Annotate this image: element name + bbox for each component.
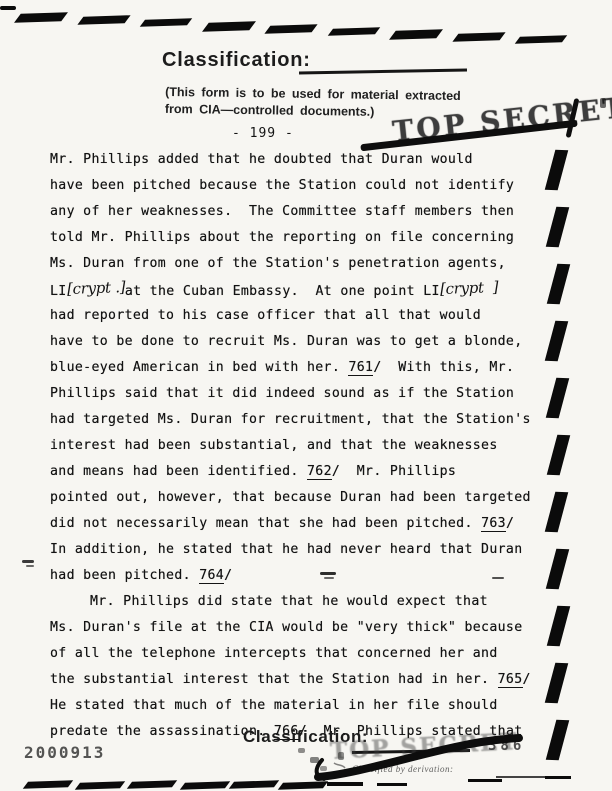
smudge-artifact	[320, 572, 336, 575]
body-text-segment: Phillips said that it did indeed sound a…	[50, 386, 514, 401]
hatch-dash-icon	[452, 32, 505, 42]
body-text-segment: Mr. Phillips did state that he would exp…	[90, 594, 488, 609]
hatch-dash-icon	[515, 35, 567, 44]
body-line: had reported to his case officer that al…	[50, 303, 550, 329]
body-line: any of her weaknesses. The Committee sta…	[50, 199, 550, 225]
body-line: Mr. Phillips added that he doubted that …	[50, 147, 550, 173]
body-text-segment: Ms. Duran from one of the Station's pene…	[50, 256, 506, 271]
body-line: and means had been identified. 762/ Mr. …	[50, 459, 550, 485]
hatch-dash-icon	[327, 782, 363, 786]
page-number: - 199 -	[232, 126, 294, 141]
hatch-dash-icon	[14, 12, 68, 23]
binding-mark-icon	[547, 606, 571, 646]
hatch-dash-icon	[278, 781, 328, 790]
body-line: He stated that much of the material in h…	[50, 693, 550, 719]
footnote-number: 762	[307, 464, 332, 480]
smudge-artifact	[310, 757, 319, 763]
body-line: In addition, he stated that he had never…	[50, 537, 550, 563]
classification-label-top: Classification:	[162, 49, 311, 72]
body-text-segment: had been pitched.	[50, 568, 199, 583]
classification-underline-top	[299, 69, 467, 75]
footnote-ref: 761/	[348, 360, 381, 376]
footnote-number: 765	[498, 672, 523, 688]
smudge-artifact	[600, 98, 606, 108]
body-line: have to be done to recruit Ms. Duran was…	[50, 329, 550, 355]
footnote-number: 764	[199, 568, 224, 584]
body-line: Phillips said that it did indeed sound a…	[50, 381, 550, 407]
footnote-number: 761	[348, 360, 373, 376]
smudge-artifact	[324, 577, 334, 579]
hatch-dash-icon	[140, 18, 192, 27]
body-line: had been pitched. 764/	[50, 563, 550, 589]
hatch-dash-icon	[264, 24, 317, 34]
body-text-segment: blue-eyed American in bed with her.	[50, 360, 348, 375]
binding-mark-icon	[547, 435, 571, 475]
smudge-artifact	[0, 6, 16, 10]
body-line: of all the telephone intercepts that con…	[50, 641, 550, 667]
hatch-dash-icon	[468, 779, 502, 782]
body-text-segment: With this, Mr.	[382, 360, 515, 375]
hatch-dash-icon	[229, 780, 279, 789]
hatch-dash-icon	[327, 27, 379, 36]
body-text-segment: told Mr. Phillips about the reporting on…	[50, 230, 514, 245]
document-number: 2000913	[24, 743, 105, 762]
body-text-segment: at the Cuban Embassy. At one point	[125, 284, 423, 299]
body-line: interest had been substantial, and that …	[50, 433, 550, 459]
hatch-dash-icon	[377, 783, 407, 786]
body-text: Mr. Phillips added that he doubted that …	[50, 147, 550, 745]
body-text-segment: He stated that much of the material in h…	[50, 698, 498, 713]
body-line: pointed out, however, that because Duran…	[50, 485, 550, 511]
body-text-segment: LI	[50, 284, 67, 299]
body-line: did not necessarily mean that she had be…	[50, 511, 550, 537]
hatch-dash-icon	[180, 781, 230, 790]
body-text-segment: interest had been substantial, and that …	[50, 438, 498, 453]
body-line: had targeted Ms. Duran for recruitment, …	[50, 407, 550, 433]
crypt-annotation: [crypt .]	[66, 274, 125, 302]
page-stamp-number: 386	[488, 738, 525, 754]
footnote-number: 763	[481, 516, 506, 532]
body-line: Ms. Duran's file at the CIA would be "ve…	[50, 615, 550, 641]
body-text-segment: did not necessarily mean that she had be…	[50, 516, 481, 531]
body-text-segment: have been pitched because the Station co…	[50, 178, 514, 193]
body-text-segment: predate the assassination.	[50, 724, 274, 739]
body-text-segment: the substantial interest that the Statio…	[50, 672, 498, 687]
hatch-dash-icon	[202, 21, 256, 32]
body-line: the substantial interest that the Statio…	[50, 667, 550, 693]
body-text-segment: of all the telephone intercepts that con…	[50, 646, 498, 661]
derivation-label: Classified by derivation:	[352, 764, 454, 774]
footnote-ref: 765/	[498, 672, 531, 688]
body-text-segment: have to be done to recruit Ms. Duran was…	[50, 334, 523, 349]
body-text-segment: any of her weaknesses. The Committee sta…	[50, 204, 514, 219]
body-line: LI[crypt .]at the Cuban Embassy. At one …	[50, 277, 550, 303]
smudge-artifact	[298, 748, 305, 753]
body-line: Mr. Phillips did state that he would exp…	[50, 589, 550, 615]
smudge-artifact	[22, 560, 34, 563]
crypt-annotation: [crypt ]	[439, 274, 498, 302]
smudge-artifact	[26, 565, 34, 567]
page: Classification: (This form is to be used…	[0, 0, 612, 791]
hatch-dash-icon	[23, 780, 73, 789]
body-text-segment: Mr. Phillips	[340, 464, 456, 479]
footnote-ref: 763/	[481, 516, 514, 532]
body-line: told Mr. Phillips about the reporting on…	[50, 225, 550, 251]
footnote-ref: 762/	[307, 464, 340, 480]
hatch-dash-icon	[127, 780, 177, 789]
hatch-dash-icon	[545, 776, 571, 779]
smudge-artifact	[320, 766, 327, 771]
smudge-artifact	[492, 577, 504, 579]
hatch-dash-icon	[77, 15, 130, 25]
body-line: have been pitched because the Station co…	[50, 173, 550, 199]
body-text-segment: and means had been identified.	[50, 464, 307, 479]
hatch-dash-icon	[75, 781, 125, 790]
hatch-dash-icon	[389, 30, 443, 41]
smudge-artifact	[338, 752, 344, 760]
body-line: Ms. Duran from one of the Station's pene…	[50, 251, 550, 277]
binding-mark-icon	[547, 264, 571, 304]
body-text-segment: pointed out, however, that because Duran…	[50, 490, 531, 505]
body-text-segment: In addition, he stated that he had never…	[50, 542, 523, 557]
body-text-segment: LI	[423, 284, 440, 299]
footnote-ref: 764/	[199, 568, 232, 584]
body-text-segment: Mr. Phillips added that he doubted that …	[50, 152, 473, 167]
body-text-segment: Ms. Duran's file at the CIA would be "ve…	[50, 620, 523, 635]
body-text-segment: had reported to his case officer that al…	[50, 308, 481, 323]
body-line: blue-eyed American in bed with her. 761/…	[50, 355, 550, 381]
body-text-segment: had targeted Ms. Duran for recruitment, …	[50, 412, 531, 427]
